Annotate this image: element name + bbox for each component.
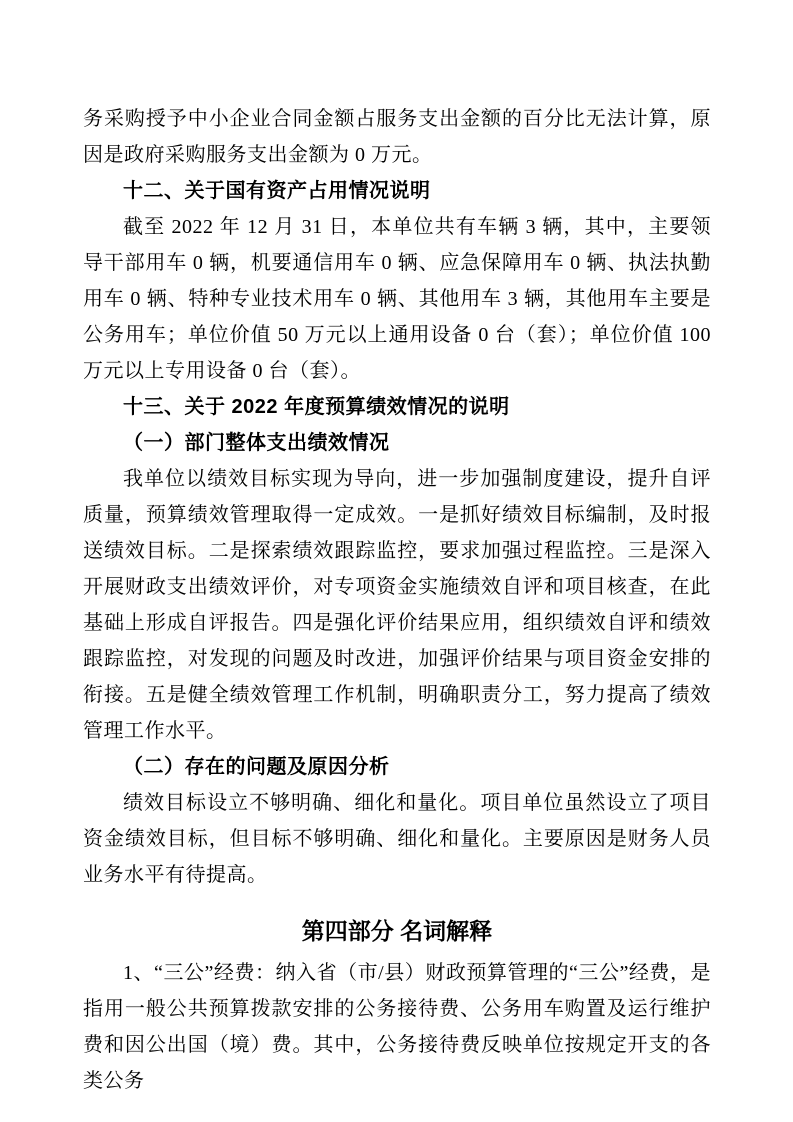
paragraph-performance-overview: 我单位以绩效目标实现为导向，进一步加强制度建设，提升自评质量，预算绩效管理取得一…	[83, 461, 711, 749]
paragraph-problems-analysis: 绩效目标设立不够明确、细化和量化。项目单位虽然设立了项目资金绩效目标，但目标不够…	[83, 785, 711, 893]
heading-section-twelve-state-assets: 十二、关于国有资产占用情况说明	[83, 173, 711, 209]
document-page: 务采购授予中小企业合同金额占服务支出金额的百分比无法计算，原因是政府采购服务支出…	[0, 0, 793, 1122]
heading-section-thirteen-budget-performance: 十三、关于 2022 年度预算绩效情况的说明	[83, 389, 711, 425]
paragraph-sangong-funds-definition: 1、“三公”经费：纳入省（市/县）财政预算管理的“三公”经费，是指用一般公共预算…	[83, 955, 711, 1099]
subheading-problems-and-causes: （二）存在的问题及原因分析	[83, 749, 711, 785]
part-four-title-glossary: 第四部分 名词解释	[83, 909, 711, 953]
subheading-overall-expenditure-performance: （一）部门整体支出绩效情况	[83, 425, 711, 461]
document-content: 务采购授予中小企业合同金额占服务支出金额的百分比无法计算，原因是政府采购服务支出…	[83, 101, 711, 1099]
paragraph-procurement-continuation: 务采购授予中小企业合同金额占服务支出金额的百分比无法计算，原因是政府采购服务支出…	[83, 101, 711, 173]
paragraph-state-assets-detail: 截至 2022 年 12 月 31 日，本单位共有车辆 3 辆，其中，主要领导干…	[83, 209, 711, 389]
